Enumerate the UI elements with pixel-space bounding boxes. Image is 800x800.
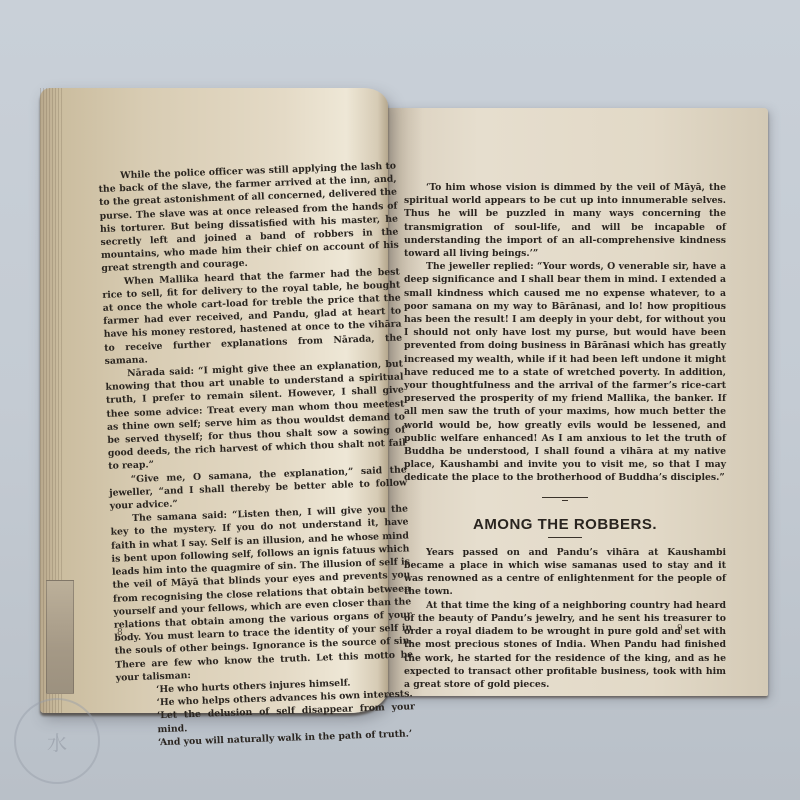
heading-rule [548,537,582,538]
paragraph: While the police officer was still apply… [98,160,400,276]
seal-stamp-icon: 水 [14,698,100,784]
paragraph: The jeweller replied: “Your words, O ven… [404,260,726,484]
paragraph: ‘To him whose vision is dimmed by the ve… [404,181,726,260]
watermark-glyph: 水 [47,727,67,756]
left-page-text: While the police officer was still apply… [98,160,416,751]
page-number-right: 9 [677,624,683,634]
paragraph: The samana said: “Listen then, I will gi… [110,503,414,685]
right-page-text: ‘To him whose vision is dimmed by the ve… [404,181,726,691]
paragraph: At that time the king of a neighboring c… [404,599,726,691]
page-number-left: 8 [117,628,123,638]
paragraph: Years passed on and Pandu’s vihāra at Ka… [404,546,726,599]
spine-strip [46,580,74,694]
paragraph: When Mallika heard that the farmer had t… [102,265,403,368]
book-photo: While the police officer was still apply… [0,0,800,800]
section-heading: AMONG THE ROBBERS. [404,518,726,531]
paragraph: Nārada said: “I might give thee an expla… [105,358,407,474]
ornamental-rule [542,497,588,498]
